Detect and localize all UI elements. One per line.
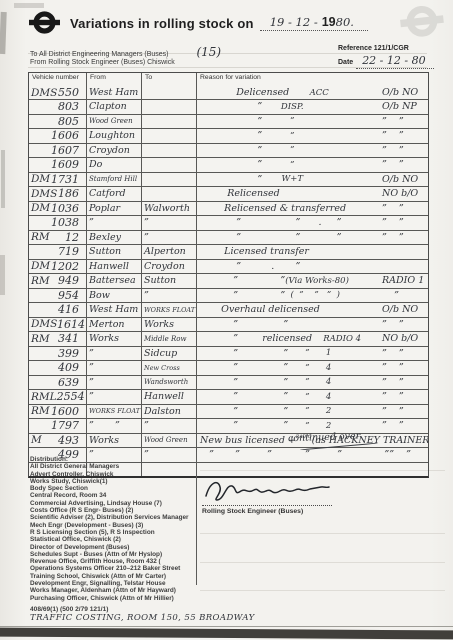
reason-text: ” ” . ”	[197, 217, 341, 228]
reason-cell: ” ” ” 4 ” ”	[197, 390, 428, 404]
to-cell	[142, 115, 197, 129]
to-cell: Sutton	[142, 274, 197, 288]
to-cell: WORKS FLOAT	[142, 303, 197, 317]
vehicle-cell: DMS 1614	[29, 318, 87, 332]
vehicle-number: 493	[57, 434, 84, 447]
from-cell: Merton	[87, 318, 142, 332]
from-cell: Bow	[87, 289, 142, 303]
reason-cell: Relicensed NO b/O	[197, 187, 428, 201]
reason-text: ”	[197, 130, 262, 141]
reason-cell: Licensed transfer	[197, 245, 428, 259]
licensing-code: ” ”	[382, 362, 428, 373]
vehicle-cell: 1607	[29, 144, 87, 158]
vehicle-cell: RM 949	[29, 274, 87, 288]
vehicle-cell: DMS 186	[29, 187, 87, 201]
reason-cell: ” ” ” ” ”	[197, 231, 428, 245]
table-row: 805 Wood Green ” ” ” ”	[29, 114, 428, 129]
vehicle-cell: 399	[29, 347, 87, 361]
vehicle-cell: RM 1600	[29, 405, 87, 419]
vehicle-cell: 803	[29, 100, 87, 114]
table-row: 639 ” Wandsworth ” ” ” 4 ” ”	[29, 375, 428, 390]
vehicle-cell: RM 341	[29, 332, 87, 346]
reason-cell: ” ” ” ”	[197, 144, 428, 158]
reason-code: ” 4	[288, 363, 348, 373]
scanned-form-page: Variations in rolling stock on 19 - 12 -…	[0, 0, 453, 640]
form-header: Variations in rolling stock on 19 - 12 -…	[28, 11, 368, 35]
reason-text: ” ” ” ” ” ”	[197, 449, 389, 460]
reason-code: RADIO 4	[312, 334, 372, 344]
footer-handwritten-note: TRAFFIC COSTING, ROOM 150, 55 BROADWAY	[30, 613, 255, 623]
to-cell	[142, 158, 197, 172]
licensing-code: ” ”	[382, 130, 428, 141]
reason-code: ”	[262, 116, 322, 126]
reason-text: ”	[197, 101, 262, 112]
distribution-heading: Distribution:	[30, 456, 200, 463]
to-cell: Croydon	[142, 260, 197, 274]
reason-cell	[197, 463, 428, 477]
distribution-item: Schedules Supt - Buses (Attn of Mr Hyslo…	[30, 551, 200, 558]
vehicle-cell: 1609	[29, 158, 87, 172]
table-row: RM 341 Works Middle Row ” relicensed RAD…	[29, 331, 428, 346]
from-cell: Catford	[87, 187, 142, 201]
reason-code: DISP.	[262, 102, 322, 112]
reason-text: ” . ”	[197, 261, 300, 272]
distribution-item: Costs Office (R S Engr- Buses) (2)	[30, 507, 200, 514]
reason-code: ACC	[289, 88, 349, 98]
reason-cell: ” ” ” ”	[197, 318, 428, 332]
reason-cell: Relicensed & transferred ” ”	[197, 202, 428, 216]
reason-cell: ” ” ” 4 ” ”	[197, 376, 428, 390]
vehicle-cell: DM 1036	[29, 202, 87, 216]
vehicle-cell: RML 2554	[29, 390, 87, 404]
vehicle-number: 2554	[57, 390, 87, 403]
from-cell: Wood Green	[87, 115, 142, 129]
vehicle-number: 1797	[51, 419, 84, 432]
to-cell	[142, 173, 197, 187]
reason-text: ” ”	[197, 275, 285, 286]
signoff-title: Rolling Stock Engineer (Buses)	[202, 508, 342, 515]
from-cell: Battersea	[87, 274, 142, 288]
signature-scrawl	[202, 476, 332, 504]
reason-text: ” ”	[197, 348, 288, 359]
reason-text: ” ” ”	[197, 232, 341, 243]
reason-code: (Via Works-80)	[285, 276, 345, 286]
date-label: Date	[338, 59, 353, 66]
from-line: From Rolling Stock Engineer (Buses) Chis…	[30, 59, 175, 66]
year-printed: 19	[322, 15, 336, 29]
vehicle-number: 949	[57, 274, 84, 287]
distribution-item: Director of Development (Buses)	[30, 544, 200, 551]
to-cell: Alperton	[142, 245, 197, 259]
table-row: 1038 ” ” ” ” . ” ” ”	[29, 215, 428, 230]
licensing-code: ” ”	[382, 377, 428, 388]
vehicle-number: 399	[57, 347, 84, 360]
from-cell: ” ”	[87, 419, 142, 433]
vehicle-number: 12	[57, 231, 84, 244]
reason-text: Relicensed & transferred	[197, 203, 346, 214]
vehicle-cell: 416	[29, 303, 87, 317]
reason-code: ”	[262, 160, 322, 170]
reason-code: ”	[262, 131, 322, 141]
to-cell: Middle Row	[142, 332, 197, 346]
licensing-code: O/b NO	[382, 174, 428, 185]
from-cell: Do	[87, 158, 142, 172]
table-row: RM 949 Battersea Sutton ” ” (Via Works-8…	[29, 273, 428, 288]
from-cell: Hanwell	[87, 260, 142, 274]
ghost-roundel-icon	[397, 3, 446, 42]
reason-cell: ” ” ” ” ” ” ” ”	[197, 448, 428, 462]
vehicle-cell: DM 1202	[29, 260, 87, 274]
vehicle-number: 1038	[51, 216, 84, 229]
from-cell: ”	[87, 216, 142, 230]
variation-date-handwritten: 19 - 12 -	[270, 15, 318, 29]
table-row: 1606 Loughton ” ” ” ”	[29, 128, 428, 143]
distribution-item: All District General Managers	[30, 463, 200, 470]
from-cell: West Ham	[87, 86, 142, 99]
signature-block: Rolling Stock Engineer (Buses)	[202, 476, 342, 515]
reason-text: ”	[197, 174, 262, 185]
vehicle-number: 639	[57, 376, 84, 389]
from-cell: Stamford Hill	[87, 173, 142, 187]
licensing-code: ” ”	[382, 391, 428, 402]
distribution-item: Revenue Office, Griffith House, Room 432…	[30, 558, 200, 565]
from-cell: Croydon	[87, 144, 142, 158]
to-cell: Hanwell	[142, 390, 197, 404]
count-annotation: (15)	[196, 45, 221, 59]
vehicle-number: 1600	[51, 405, 84, 418]
to-cell	[142, 187, 197, 201]
table-row: M 493 Works Wood Green New bus licensed …	[29, 433, 428, 448]
date-handwritten: 22 - 12 - 80	[356, 54, 433, 69]
reason-text: ” ”	[197, 391, 288, 402]
licensing-code: ” ”	[382, 116, 428, 127]
licensing-code: ” ”	[382, 217, 428, 228]
vehicle-cell: 639	[29, 376, 87, 390]
variation-date-field: 19 - 12 - 19 80.	[260, 15, 368, 31]
reason-cell: Delicensed ACC O/b NO	[197, 86, 428, 99]
from-cell: WORKS FLOAT	[87, 405, 142, 419]
vehicle-number: 341	[57, 332, 84, 345]
reason-cell: ” ” ” ”	[197, 129, 428, 143]
reason-text: New bus licensed +	[197, 435, 296, 446]
vehicle-number: 1609	[51, 158, 84, 171]
from-cell: ”	[87, 347, 142, 361]
licensing-code: NO b/O	[382, 188, 428, 199]
table-row: 1797 ” ” ” ” ” ” 2 ” ”	[29, 418, 428, 433]
vehicle-number: 1036	[51, 202, 84, 215]
vehicle-number: 1607	[51, 144, 84, 157]
from-cell: West Ham	[87, 303, 142, 317]
vehicle-cell: RM 12	[29, 231, 87, 245]
licensing-code: ” ”	[382, 406, 428, 417]
reason-text: Relicensed	[197, 188, 280, 199]
scan-artifact	[0, 12, 7, 54]
reason-code: ” 4	[288, 392, 348, 402]
table-row: 1607 Croydon ” ” ” ”	[29, 143, 428, 158]
reason-cell: ” . ”	[197, 260, 428, 274]
vehicle-class: DM	[31, 202, 51, 214]
vehicle-number: 954	[57, 289, 84, 302]
reason-cell: ” ” ” ”	[197, 115, 428, 129]
vehicle-class: RM	[31, 231, 57, 243]
vehicle-number: 805	[57, 115, 84, 128]
vehicle-number: 409	[57, 361, 84, 374]
distribution-item: Statistical Office, Chiswick (2)	[30, 536, 200, 543]
distribution-item: Body Spec Section	[30, 485, 200, 492]
vehicle-cell: DM 1731	[29, 173, 87, 187]
to-cell: Walworth	[142, 202, 197, 216]
reason-code: ( ” ” ” )	[285, 290, 345, 300]
reason-text: ” ”	[197, 362, 288, 373]
table-row: DMS 1614 Merton Works ” ” ” ”	[29, 317, 428, 332]
table-row: 954 Bow ” ” ” ( ” ” ” ) ”	[29, 288, 428, 303]
distribution-list: Distribution: All District General Manag…	[30, 456, 200, 602]
licensing-code: RADIO 1	[382, 275, 428, 286]
col-header-to: To	[142, 73, 197, 86]
vehicle-cell: 1038	[29, 216, 87, 230]
reason-text: ” ”	[197, 406, 288, 417]
vehicle-cell: 719	[29, 245, 87, 259]
table-header-row: Vehicle number From To Reason for variat…	[29, 73, 428, 86]
vehicle-number: 416	[57, 303, 84, 316]
table-row: RM 12 Bexley ” ” ” ” ” ”	[29, 230, 428, 245]
reason-text: Licensed transfer	[197, 246, 309, 257]
col-header-vehicle: Vehicle number	[29, 73, 87, 86]
vehicle-cell: 954	[29, 289, 87, 303]
col-header-reason: Reason for variation	[197, 73, 428, 86]
table-row: 409 ” New Cross ” ” ” 4 ” ”	[29, 360, 428, 375]
vehicle-class: DM	[31, 173, 51, 185]
from-cell: Sutton	[87, 245, 142, 259]
distribution-item: Works Study, Chiswick(1)	[30, 478, 200, 485]
reason-code: W+T	[262, 174, 322, 184]
vehicle-cell: 1606	[29, 129, 87, 143]
table-row: 803 Clapton ” DISP. O/b NP	[29, 99, 428, 114]
to-cell: ”	[142, 231, 197, 245]
vehicle-number: 1731	[51, 173, 84, 186]
reason-cell: ” ” ” 2 ” ”	[197, 419, 428, 433]
london-transport-roundel-icon	[28, 11, 61, 35]
to-cell: ”	[142, 419, 197, 433]
scan-artifact	[14, 3, 44, 8]
to-cell	[142, 100, 197, 114]
vehicle-number: 803	[57, 100, 84, 113]
table-row: 399 ” Sidcup ” ” ” 1 ” ”	[29, 346, 428, 361]
reason-code: ” 4	[288, 377, 348, 387]
vehicle-number: 1606	[51, 129, 84, 142]
feint-line	[200, 590, 445, 591]
to-cell: ”	[142, 216, 197, 230]
vehicle-class: RM	[31, 275, 57, 287]
table-row: 416 West Ham WORKS FLOAT Overhaul delice…	[29, 302, 428, 317]
vehicle-class: DMS	[31, 87, 57, 99]
reason-cell: ” W+T O/b NO	[197, 173, 428, 187]
vehicle-cell: DMS 550	[29, 86, 87, 99]
vehicle-class: DMS	[31, 318, 57, 330]
to-cell: Works	[142, 318, 197, 332]
reason-cell: ” ” ” 4 ” ”	[197, 361, 428, 375]
vehicle-cell: 1797	[29, 419, 87, 433]
licensing-code: ” ”	[382, 203, 428, 214]
reason-text: ” relicensed	[197, 333, 312, 344]
licensing-code: ” ”	[382, 232, 428, 243]
distribution-item: Mech Engr (Development - Buses) (3)	[30, 522, 200, 529]
table-row: 1609 Do ” ” ” ”	[29, 157, 428, 172]
from-cell: ”	[87, 390, 142, 404]
reason-cell: ” ” ” 1 ” ”	[197, 347, 428, 361]
reason-cell: ” relicensed RADIO 4 NO b/O	[197, 332, 428, 346]
licensing-code: NO b/O	[382, 333, 428, 344]
vehicle-cell: M 493	[29, 434, 87, 448]
feint-line	[200, 562, 445, 563]
distribution-item: Purchasing Officer, Chiswick (Attn of Mr…	[30, 595, 200, 602]
licensing-code: O/b NO	[382, 304, 428, 315]
to-cell: Sidcup	[142, 347, 197, 361]
distribution-item: Advert Controller, Chiswick	[30, 471, 200, 478]
to-cell: ”	[142, 289, 197, 303]
vehicle-class: RML	[31, 391, 57, 403]
reason-text: ” ”	[197, 377, 288, 388]
date-field: Date 22 - 12 - 80	[338, 54, 434, 69]
licensing-code: ”	[382, 290, 428, 301]
reason-code: ” 2	[288, 406, 348, 416]
table-row: DM 1202 Hanwell Croydon ” . ”	[29, 259, 428, 274]
from-cell: ”	[87, 361, 142, 375]
year-handwritten: 80.	[336, 15, 354, 29]
from-cell: ”	[87, 376, 142, 390]
distribution-item: Central Record, Room 34	[30, 492, 200, 499]
licensing-code: ” ”	[382, 159, 428, 170]
from-cell: Bexley	[87, 231, 142, 245]
vehicle-class: M	[31, 434, 57, 446]
table-body: DMS 550 West Ham Delicensed ACC O/b NO 8…	[29, 86, 428, 476]
vehicle-number: 1614	[57, 318, 87, 331]
vehicle-number: 1202	[51, 260, 84, 273]
reason-cell: ” ” ( ” ” ” ) ”	[197, 289, 428, 303]
table-row: DM 1731 Stamford Hill ” W+T O/b NO	[29, 172, 428, 187]
to-cell	[142, 129, 197, 143]
distribution-item: Commercial Advertising, Lindsay House (7…	[30, 500, 200, 507]
distribution-items: All District General ManagersAdvert Cont…	[30, 463, 200, 602]
reason-text: ” ”	[197, 319, 288, 330]
col-header-from: From	[87, 73, 142, 86]
reason-code: ”	[262, 145, 322, 155]
reason-cell: ” ” . ” ” ”	[197, 216, 428, 230]
vehicle-number: 719	[57, 245, 84, 258]
from-cell: Works	[87, 332, 142, 346]
table-row: DM 1036 Poplar Walworth Relicensed & tra…	[29, 201, 428, 216]
licensing-code: O/b NP	[382, 101, 428, 112]
reason-code: ” 1	[288, 348, 348, 358]
to-cell	[142, 144, 197, 158]
vehicle-number: 550	[57, 86, 84, 99]
form-title: Variations in rolling stock on	[70, 16, 254, 31]
to-cell: Wood Green	[142, 434, 197, 448]
vehicle-class: RM	[31, 333, 57, 345]
from-cell: Loughton	[87, 129, 142, 143]
distribution-item: R S Licensing Section (5), R S Inspectio…	[30, 529, 200, 536]
distribution-item: Scientific Adviser (2), Distribution Ser…	[30, 514, 200, 521]
reason-text: ” ”	[197, 290, 285, 301]
licensing-code: ” ”	[382, 420, 428, 431]
table-row: 719 Sutton Alperton Licensed transfer	[29, 244, 428, 259]
vehicle-class: RM	[31, 405, 51, 417]
table-row: RML 2554 ” Hanwell ” ” ” 4 ” ”	[29, 389, 428, 404]
reason-text: Delicensed	[197, 87, 289, 98]
reference: Reference 121/1/CGR	[338, 45, 409, 52]
scan-edge-line	[0, 626, 453, 627]
to-cell: Wandsworth	[142, 376, 197, 390]
reason-cell: ” ” ” ”	[197, 158, 428, 172]
to-cell	[142, 86, 197, 99]
vehicle-number: 186	[57, 187, 84, 200]
reason-text: ” ”	[197, 420, 288, 431]
licensing-code: O/b NO	[382, 87, 428, 98]
distribution-item: Development Engr, Signalling, Telstar Ho…	[30, 580, 200, 587]
scan-artifact	[1, 150, 5, 208]
to-cell: New Cross	[142, 361, 197, 375]
vehicle-cell: 805	[29, 115, 87, 129]
from-cell: Clapton	[87, 100, 142, 114]
scan-artifact	[0, 255, 5, 295]
form-number: 408/69(1) (500 2/79 121/1)	[30, 606, 108, 613]
reason-code: ” 2	[288, 421, 348, 431]
table-row: RM 1600 WORKS FLOAT Dalston ” ” ” 2 ” ”	[29, 404, 428, 419]
feint-line	[200, 533, 445, 534]
vehicle-class: DM	[31, 260, 51, 272]
licensing-code: ” ”	[389, 449, 428, 460]
reason-text: ”	[197, 116, 262, 127]
scan-edge-band	[0, 628, 453, 640]
table-row: DMS 550 West Ham Delicensed ACC O/b NO	[29, 86, 428, 99]
reason-cell: ” DISP. O/b NP	[197, 100, 428, 114]
reason-cell: ” ” (Via Works-80) RADIO 1	[197, 274, 428, 288]
licensing-code: ” ”	[382, 348, 428, 359]
stock-table: Vehicle number From To Reason for variat…	[28, 72, 429, 478]
reason-text: ”	[197, 159, 262, 170]
reason-text: Overhaul delicensed	[197, 304, 320, 315]
reason-cell: Overhaul delicensed O/b NO	[197, 303, 428, 317]
table-row: DMS 186 Catford Relicensed NO b/O	[29, 186, 428, 201]
distribution-item: Operations Systems Officer 210–212 Baker…	[30, 565, 200, 572]
distribution-item: Works Manager, Aldenham (Attn of Mr Hayw…	[30, 587, 200, 594]
distribution-item: Training School, Chiswick (Attn of Mr Ca…	[30, 573, 200, 580]
vehicle-cell: 409	[29, 361, 87, 375]
licensing-code: ” ”	[382, 145, 428, 156]
from-cell: Poplar	[87, 202, 142, 216]
signature-line	[202, 505, 332, 506]
reason-text: ”	[197, 145, 262, 156]
vehicle-class: DMS	[31, 188, 57, 200]
to-cell: Dalston	[142, 405, 197, 419]
reason-cell: ” ” ” 2 ” ”	[197, 405, 428, 419]
to-line: To All District Engineering Managers (Bu…	[30, 45, 221, 59]
licensing-code: ” ”	[382, 319, 428, 330]
from-cell: Works	[87, 434, 142, 448]
to-line-text: To All District Engineering Managers (Bu…	[30, 51, 169, 58]
